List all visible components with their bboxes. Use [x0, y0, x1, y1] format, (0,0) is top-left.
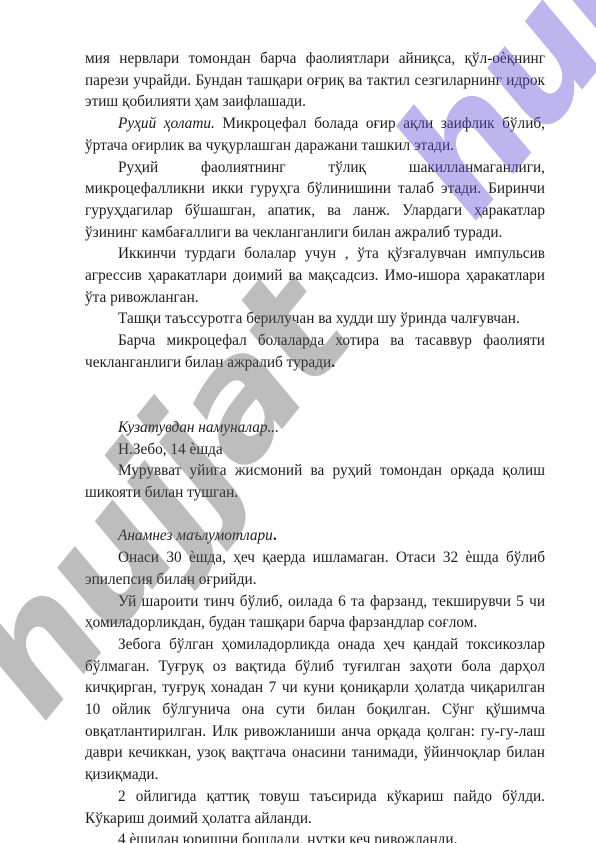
paragraph-run: мия нервлари томондан барча фаолиятлари …: [85, 50, 545, 110]
paragraph-run: Н.Зебо, 14 ѐшда: [118, 441, 223, 458]
paragraph-run: Барча микроцефал болаларда хотира ва тас…: [85, 332, 545, 371]
paragraph-run: Уй шароити тинч бўлиб, оилада 6 та фарза…: [85, 593, 545, 632]
document-page: мия нервлари томондан барча фаолиятлари …: [0, 0, 596, 843]
paragraph: Уй шароити тинч бўлиб, оилада 6 та фарза…: [85, 591, 545, 634]
paragraph: Руҳий ҳолати. Микроцефал болада оғир ақл…: [85, 113, 545, 156]
paragraph: Барча микроцефал болаларда хотира ва тас…: [85, 330, 545, 373]
paragraph: Мурувват уйига жисмоний ва руҳий томонда…: [85, 460, 545, 503]
paragraph-run: Мурувват уйига жисмоний ва руҳий томонда…: [85, 462, 545, 501]
paragraph-run: .: [331, 354, 335, 371]
paragraph: Анамнез маълумотлари.: [85, 525, 545, 547]
paragraph: 4 ѐшидан юришни бошлади, нутқи кеч ривож…: [85, 829, 545, 843]
paragraph-lead-italic: Руҳий ҳолати.: [118, 115, 215, 132]
paragraph: мия нервлари томондан барча фаолиятлари …: [85, 48, 545, 113]
paragraph: Зебога бўлган ҳомиладорликда онада ҳеч қ…: [85, 634, 545, 786]
paragraph-lead-italic: Кузатувдан намуналар...: [118, 419, 279, 436]
paragraph-run: .: [273, 527, 277, 544]
paragraph-run: Ташқи таъссуротга берилучан ва худди шу …: [118, 310, 520, 327]
paragraph-run: Руҳий фаолиятнинг тўлиқ шакилланмаганлиг…: [85, 159, 545, 241]
paragraph: 2 ойлигида қаттиқ товуш таъсирида кўкари…: [85, 786, 545, 829]
paragraph: Н.Зебо, 14 ѐшда: [85, 439, 545, 461]
paragraph-run: Онаси 30 ѐшда, ҳеч қаерда ишламаган. Ота…: [85, 549, 545, 588]
paragraph: Кузатувдан намуналар...: [85, 417, 545, 439]
paragraph: Онаси 30 ѐшда, ҳеч қаерда ишламаган. Ота…: [85, 547, 545, 590]
blank-space: [85, 374, 545, 417]
paragraph-lead-italic: Анамнез маълумотлари: [118, 527, 273, 544]
paragraph: Ташқи таъссуротга берилучан ва худди шу …: [85, 308, 545, 330]
document-text: мия нервлари томондан барча фаолиятлари …: [85, 48, 545, 843]
paragraph-run: 2 ойлигида қаттиқ товуш таъсирида кўкари…: [85, 788, 545, 827]
paragraph: Руҳий фаолиятнинг тўлиқ шакилланмаганлиг…: [85, 157, 545, 244]
paragraph: Иккинчи турдаги болалар учун , ўта қўзға…: [85, 243, 545, 308]
paragraph-run: Зебога бўлган ҳомиладорликда онада ҳеч қ…: [85, 636, 545, 783]
paragraph-run: Иккинчи турдаги болалар учун , ўта қўзға…: [85, 245, 545, 305]
paragraph-run: 4 ѐшидан юришни бошлади, нутқи кеч ривож…: [118, 831, 457, 843]
blank-space: [85, 504, 545, 526]
